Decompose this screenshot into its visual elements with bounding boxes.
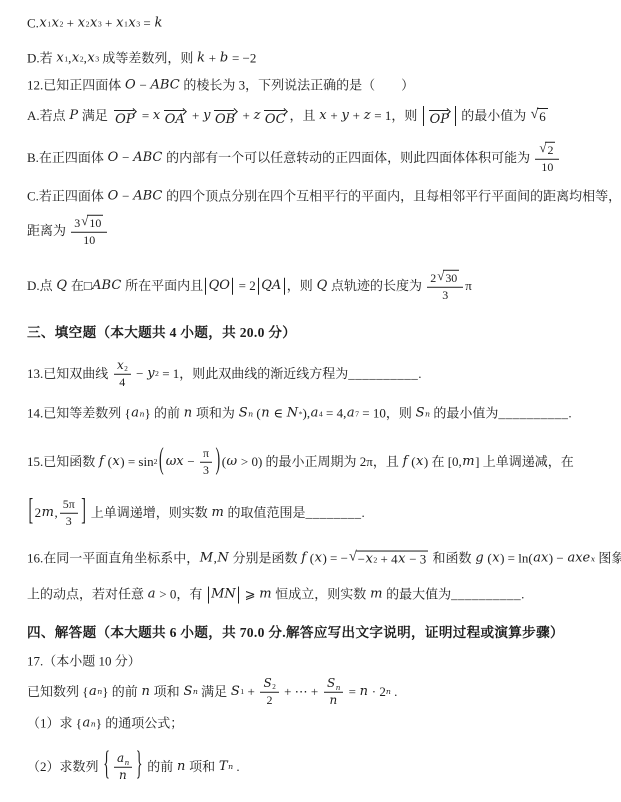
answer-blank: __________ — [498, 406, 568, 423]
radical: √−x2 + 4x − 3 — [349, 551, 428, 568]
text-run: . — [418, 366, 421, 383]
q12-option-d: D.点 Q 在□ABC 所在平面内且QO = 2QA，则 Q 点轨迹的长度为 2… — [27, 270, 472, 302]
math-variable: z — [253, 108, 261, 125]
text-run: 的前 — [144, 759, 177, 776]
math-variable: S — [238, 406, 248, 423]
text-run: 10 — [83, 234, 95, 248]
text-run: ) 在 [0, — [424, 454, 462, 471]
vector-arrow-icon — [428, 106, 451, 113]
math-variable: ABC — [92, 278, 122, 295]
fraction: √210 — [535, 142, 559, 174]
math-variable: b — [219, 51, 228, 68]
text-run: 三、填空题（本大题共 4 小题，共 20.0 分） — [27, 324, 296, 342]
text-run: 5π — [63, 498, 75, 512]
math-variable: S — [230, 684, 240, 701]
text-run: − — [119, 189, 133, 206]
text-run: 上的动点，若对任意 — [27, 587, 147, 604]
text-run: 30 — [445, 272, 457, 286]
math-variable: axe — [567, 551, 591, 568]
math-variable: x — [116, 16, 124, 33]
text-run: A.若点 — [27, 108, 69, 125]
text-run: = — [140, 16, 154, 33]
text-run: 的取值范围是 — [224, 505, 305, 522]
text-run: 四、解答题（本大题共 6 小题，共 70.0 分.解答应写出文字说明，证明过程或… — [27, 624, 564, 642]
radicand: −x2 + 4x − 3 — [356, 551, 429, 568]
math-variable: S — [327, 677, 336, 691]
text-run: ), — [303, 406, 311, 423]
text-run: − — [136, 78, 150, 95]
fraction: Snn — [324, 677, 344, 707]
text-run: 2 — [547, 144, 553, 158]
math-variable: x — [39, 16, 47, 33]
math-variable: y — [147, 366, 155, 383]
fraction: 2√303 — [427, 270, 463, 302]
q17-head: 17.（本小题 10 分） — [27, 654, 141, 671]
math-variable: x — [492, 551, 500, 568]
absolute-value: OP — [423, 106, 456, 126]
math-variable: a — [82, 716, 91, 733]
section3-header: 三、填空题（本大题共 4 小题，共 20.0 分） — [27, 324, 296, 342]
math-variable: ABC — [133, 189, 163, 206]
q16-line1: 16.在同一平面直角坐标系中，M,N 分别是函数 f (x) = −√−x2 +… — [27, 551, 621, 568]
radicand: 10 — [87, 215, 103, 231]
vector: OC — [263, 106, 288, 126]
vector-name: OB — [213, 113, 237, 126]
text-run: 的内部有一个可以任意转动的正四面体，则此四面体体积可能为 — [163, 150, 534, 167]
superscript: 2 — [124, 365, 128, 372]
q15-line1: 15.已知函数 f (x) = sin2(ωx − π3)(ω > 0) 的最小… — [27, 447, 574, 477]
text-run: 10 — [541, 161, 553, 175]
math-variable: O — [107, 150, 119, 167]
math-variable: a — [310, 406, 319, 423]
q16-line2: 上的动点，若对任意 a > 0，有 MN ⩾ m 恒成立，则实数 m 的最大值为… — [27, 587, 524, 604]
q15-line2: [2m,5π3] 上单调递增，则实数 m 的取值范围是________. — [27, 498, 365, 528]
vector: OP — [113, 106, 136, 126]
text-run: + — [239, 108, 253, 125]
vector-arrow-icon — [213, 106, 237, 113]
radical-sign-icon: √ — [349, 550, 357, 565]
text-run: 项和为 — [193, 406, 239, 423]
text-run: , — [55, 505, 58, 522]
denominator: n — [326, 693, 341, 708]
text-run: ( — [253, 406, 261, 423]
math-variable: QO — [208, 278, 230, 295]
text-run: 所在平面内且 — [122, 278, 203, 295]
text-run: ⩾ — [241, 587, 258, 604]
math-variable: x — [56, 51, 64, 68]
text-run: − — [133, 366, 147, 383]
text-run: 的四个顶点分别在四个互相平行的平面内，且每相邻平行平面间的距离均相等，则此 — [163, 189, 621, 206]
text-run: − — [184, 454, 198, 471]
math-variable: m — [41, 505, 54, 522]
math-variable: n — [261, 406, 270, 423]
text-run: 满足 — [79, 108, 112, 125]
math-variable: y — [341, 108, 349, 125]
math-variable: k — [197, 51, 206, 68]
numerator: 3√10 — [71, 215, 107, 233]
text-run: 2 — [430, 272, 436, 286]
math-variable: x — [112, 454, 120, 471]
math-variable: N — [286, 406, 298, 423]
tall-delimiter: } — [136, 745, 143, 789]
math-variable: x — [128, 16, 136, 33]
math-variable: n — [119, 769, 128, 783]
math-variable: a — [346, 406, 355, 423]
text-run: π — [203, 447, 209, 461]
text-run: 3 — [442, 289, 448, 303]
text-run: 2 — [266, 694, 272, 708]
subscript: n — [125, 758, 130, 765]
math-variable: y — [203, 108, 211, 125]
text-run: 的棱长为 3，下列说法正确的是（ ） — [180, 78, 414, 95]
text-run: = 2 — [235, 278, 255, 295]
radical: √6 — [531, 108, 548, 125]
math-variable: P — [69, 108, 79, 125]
math-variable: x — [314, 551, 322, 568]
text-run: + — [244, 684, 258, 701]
radical: √30 — [437, 270, 459, 286]
radicand: 30 — [443, 270, 459, 286]
numerator: an — [114, 752, 133, 768]
tall-delimiter: [ — [29, 493, 34, 533]
math-variable: k — [154, 16, 163, 33]
math-variable: x — [71, 51, 79, 68]
tall-delimiter: ( — [159, 442, 164, 482]
text-run: C. — [27, 16, 39, 33]
text-run: } 的前 — [145, 406, 184, 423]
q12-option-c-2: 距离为 3√1010 — [27, 215, 109, 247]
math-variable: ABC — [133, 150, 163, 167]
text-run: C.若正四面体 — [27, 189, 107, 206]
math-variable: x — [398, 553, 406, 568]
text-run: 项和 — [150, 684, 183, 701]
text-run: ( — [408, 454, 416, 471]
radicand: 2 — [545, 142, 555, 158]
text-run: 图象 — [595, 551, 621, 568]
absolute-value: QO — [205, 278, 233, 295]
fraction: π3 — [200, 447, 212, 477]
radical: √2 — [539, 142, 555, 158]
q12-option-b: B.在正四面体 O − ABC 的内部有一个可以任意转动的正四面体，则此四面体体… — [27, 142, 561, 174]
text-run: . — [568, 406, 571, 423]
text-run: 17.（本小题 10 分） — [27, 654, 141, 671]
vector: OA — [163, 106, 187, 126]
fraction: 3√1010 — [71, 215, 107, 247]
math-variable: m — [211, 505, 224, 522]
text-run: 和函数 — [429, 551, 475, 568]
math-variable: x — [319, 108, 327, 125]
superscript: 2 — [154, 458, 158, 466]
fraction: ann — [114, 752, 133, 782]
text-run: ，则 — [287, 278, 316, 295]
math-variable: Q — [316, 278, 328, 295]
math-variable: x — [90, 16, 98, 33]
text-run: 已知数列 { — [27, 684, 89, 701]
vector-name: OP — [428, 113, 451, 126]
tall-delimiter: { — [103, 745, 110, 789]
math-variable: M — [199, 551, 213, 568]
text-run: + — [327, 108, 341, 125]
numerator: S2 — [260, 677, 279, 693]
text-run: 3 — [203, 464, 209, 478]
math-variable: a — [147, 587, 156, 604]
math-variable: a — [117, 752, 125, 766]
fraction: x24 — [114, 359, 131, 389]
math-variable: x — [87, 51, 95, 68]
text-run: ( — [307, 551, 315, 568]
text-run: − 3 — [406, 553, 426, 568]
radical-sign-icon: √ — [531, 107, 539, 122]
text-run: D.点 — [27, 278, 56, 295]
radicand: 6 — [537, 108, 548, 125]
math-variable: ax — [533, 551, 549, 568]
math-variable: x — [365, 553, 373, 568]
vector-arrow-icon — [263, 106, 288, 113]
text-run: > 0，有 — [156, 587, 206, 604]
text-run: π — [465, 278, 472, 295]
vector-arrow-icon — [163, 106, 187, 113]
text-run: ) = − — [322, 551, 348, 568]
text-run: ) = ln( — [500, 551, 533, 568]
text-run: − — [358, 553, 365, 568]
math-variable: S — [183, 684, 193, 701]
text-run: ] 上单调递减，在 — [475, 454, 574, 471]
denominator: 3 — [63, 514, 75, 529]
text-run: ) = sin — [120, 454, 153, 471]
text-run: 满足 — [198, 684, 231, 701]
text-run: } 的前 — [102, 684, 141, 701]
math-variable: ABC — [150, 78, 180, 95]
answer-blank: __________ — [348, 366, 418, 383]
text-run: 的最大值为 — [383, 587, 451, 604]
q12-option-a: A.若点 P 满足 OP = xOA + yOB + zOC，且 x + y +… — [27, 106, 549, 126]
numerator: √2 — [535, 142, 559, 160]
text-run: 3 — [66, 515, 72, 529]
math-variable: g — [475, 551, 484, 568]
radical-sign-icon: √ — [81, 214, 88, 228]
denominator: 3 — [200, 463, 212, 478]
vector-name: OA — [163, 113, 187, 126]
math-variable: n — [183, 406, 192, 423]
numerator: π — [200, 447, 212, 463]
text-run: = 1，则此双曲线的渐近线方程为 — [159, 366, 348, 383]
math-variable: Q — [56, 278, 68, 295]
text-run: 距离为 — [27, 223, 69, 240]
q17-part1: （1）求 {an} 的通项公式； — [27, 716, 183, 733]
math-variable: x — [152, 108, 160, 125]
text-run: B.在正四面体 — [27, 150, 107, 167]
radical: √10 — [81, 215, 103, 231]
text-run: + 4 — [377, 553, 397, 568]
text-run: + — [349, 108, 363, 125]
tall-delimiter: ] — [81, 493, 86, 533]
math-variable: m — [462, 454, 475, 471]
math-variable: QA — [261, 278, 282, 295]
math-variable: N — [217, 551, 229, 568]
math-variable: T — [218, 759, 228, 776]
answer-blank: __________ — [451, 587, 521, 604]
radical-sign-icon: √ — [539, 141, 546, 155]
math-variable: n — [141, 684, 150, 701]
vector: OP — [428, 106, 451, 126]
denominator: 10 — [538, 160, 556, 175]
option-c-q11: C.x1x2 + x2x3 + x1x3 = k — [27, 16, 163, 33]
math-variable: x — [51, 16, 59, 33]
text-run: . — [362, 505, 365, 522]
math-variable: n — [359, 684, 368, 701]
denominator: n — [116, 768, 131, 783]
math-variable: ω — [226, 454, 238, 471]
text-run: （2）求数列 — [27, 759, 102, 776]
document-page: C.x1x2 + x2x3 + x1x3 = kD.若 x1,x2,x3 成等差… — [0, 0, 621, 802]
text-run: D.若 — [27, 51, 56, 68]
q12-stem: 12.已知正四面体 O − ABC 的棱长为 3，下列说法正确的是（ ） — [27, 78, 414, 95]
abs-content: QO — [206, 278, 232, 295]
text-run: + — [102, 16, 116, 33]
text-run: 分别是函数 — [229, 551, 301, 568]
text-run: 4 — [119, 376, 125, 390]
text-run: · 2 — [369, 684, 386, 701]
absolute-value: QA — [258, 278, 285, 295]
math-variable: S — [263, 677, 272, 691]
math-variable: x — [77, 16, 85, 33]
subscript: n — [336, 683, 341, 690]
text-run: 10 — [89, 217, 101, 231]
math-variable: m — [259, 587, 272, 604]
text-run: 15.已知函数 — [27, 454, 99, 471]
fraction: 5π3 — [60, 498, 78, 528]
text-run: > 0) 的最小正周期为 2π，且 — [238, 454, 402, 471]
text-run: 13.已知双曲线 — [27, 366, 112, 383]
text-run: 6 — [539, 110, 546, 125]
fraction: S22 — [260, 677, 279, 707]
math-variable: O — [125, 78, 137, 95]
text-run: 3 — [74, 217, 80, 231]
text-run: − — [119, 150, 133, 167]
text-run: = 10，则 — [359, 406, 415, 423]
abs-content: OP — [424, 106, 455, 126]
text-run: 在□ — [68, 278, 92, 295]
abs-content: QA — [259, 278, 284, 295]
answer-blank: ________ — [306, 505, 362, 522]
text-run: 的最小值为 — [430, 406, 498, 423]
math-variable: m — [370, 587, 383, 604]
q17-intro: 已知数列 {an} 的前 n 项和 Sn 满足 S1 + S22 + ⋯ + S… — [27, 677, 397, 707]
text-run: 恒成立，则实数 — [272, 587, 370, 604]
text-run: 点轨迹的长度为 — [328, 278, 426, 295]
text-run: 上单调递增，则实数 — [87, 505, 211, 522]
math-variable: n — [177, 759, 186, 776]
vector-arrow-icon — [113, 106, 136, 113]
text-run: 14.已知等差数列 { — [27, 406, 131, 423]
math-variable: MN — [211, 587, 237, 604]
denominator: 4 — [116, 375, 128, 390]
text-run: + — [63, 16, 77, 33]
text-run: } 的通项公式； — [96, 716, 184, 733]
math-variable: a — [89, 684, 98, 701]
text-run: ，且 — [290, 108, 319, 125]
vector: OB — [213, 106, 237, 126]
numerator: Sn — [324, 677, 344, 693]
denominator: 10 — [80, 233, 98, 248]
text-run: . — [391, 684, 398, 701]
text-run: 16.在同一平面直角坐标系中， — [27, 551, 199, 568]
math-variable: n — [329, 694, 338, 708]
text-run: = −2 — [229, 51, 257, 68]
math-variable: ωx — [165, 454, 184, 471]
option-d-q11: D.若 x1,x2,x3 成等差数列，则 k + b = −2 — [27, 51, 256, 68]
text-run: + — [189, 108, 203, 125]
q12-option-c-1: C.若正四面体 O − ABC 的四个顶点分别在四个互相平行的平面内，且每相邻平… — [27, 189, 621, 206]
text-run: 的最小值为 — [458, 108, 530, 125]
subscript: 2 — [272, 683, 276, 690]
math-variable: O — [107, 189, 119, 206]
q14: 14.已知等差数列 {an} 的前 n 项和为 Sn (n ∈ N*),a4 =… — [27, 406, 572, 423]
text-run: + ⋯ + — [281, 684, 322, 701]
math-variable: z — [363, 108, 371, 125]
text-run: = 4, — [323, 406, 347, 423]
text-run: . — [521, 587, 524, 604]
radical-sign-icon: √ — [437, 269, 444, 283]
text-run: = 1，则 — [371, 108, 421, 125]
tall-delimiter: ) — [216, 442, 221, 482]
section4-header: 四、解答题（本大题共 6 小题，共 70.0 分.解答应写出文字说明，证明过程或… — [27, 624, 564, 642]
math-variable: S — [415, 406, 425, 423]
denominator: 3 — [439, 288, 451, 303]
text-run: ) − — [549, 551, 567, 568]
text-run: = — [139, 108, 153, 125]
text-run: （1）求 { — [27, 716, 82, 733]
text-run: 12.已知正四面体 — [27, 78, 125, 95]
denominator: 2 — [263, 693, 275, 708]
text-run: 成等差数列，则 — [99, 51, 197, 68]
text-run: . — [233, 759, 240, 776]
text-run: + — [206, 51, 220, 68]
text-run: ( — [104, 454, 112, 471]
numerator: x2 — [114, 359, 131, 375]
text-run: ∈ — [270, 406, 286, 423]
vector-name: OP — [113, 113, 136, 126]
text-run: ( — [484, 551, 492, 568]
q17-part2: （2）求数列 {ann} 的前 n 项和 Tn . — [27, 752, 240, 782]
q13: 13.已知双曲线 x24 − y2 = 1，则此双曲线的渐近线方程为______… — [27, 359, 422, 389]
math-variable: x — [117, 359, 125, 373]
numerator: 2√30 — [427, 270, 463, 288]
abs-content: MN — [209, 587, 239, 604]
math-variable: x — [416, 454, 424, 471]
text-run: = — [345, 684, 359, 701]
text-run: 项和 — [186, 759, 219, 776]
numerator: 5π — [60, 498, 78, 514]
absolute-value: MN — [208, 587, 240, 604]
math-variable: a — [131, 406, 140, 423]
